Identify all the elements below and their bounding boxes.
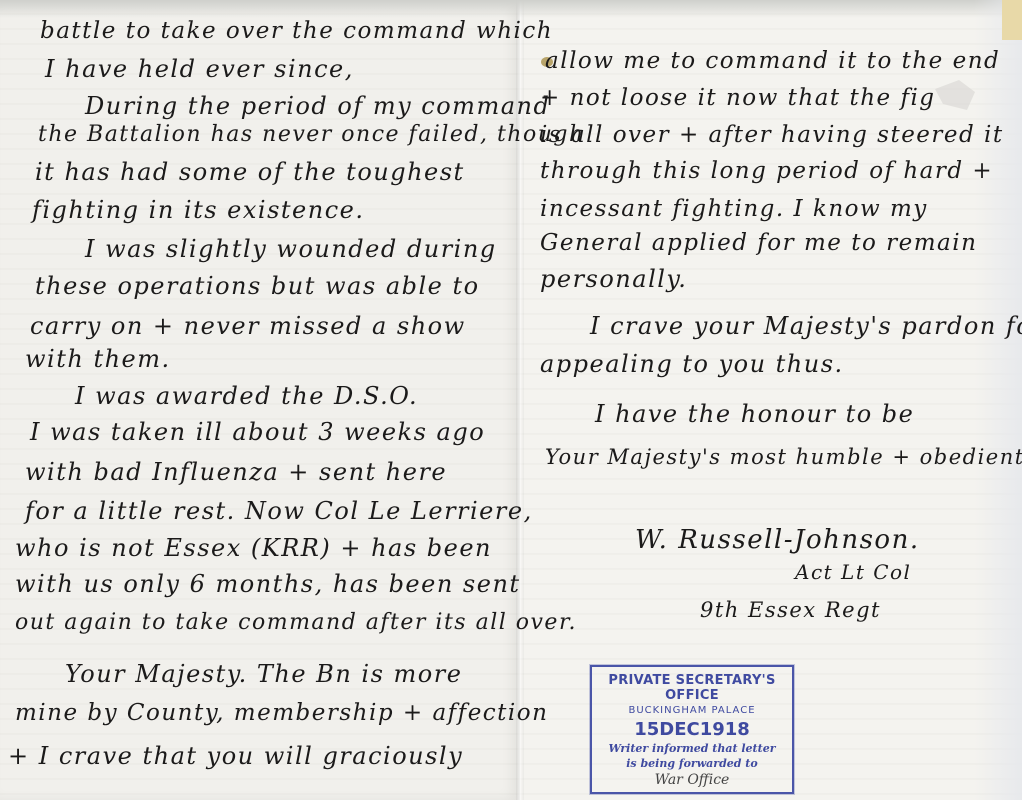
- left-line-12: I was taken ill about 3 weeks ago: [30, 418, 485, 446]
- page-fold: [516, 0, 524, 800]
- right-line-11: Your Majesty's most humble + obedient se…: [545, 445, 1022, 469]
- plastic-sleeve-edge: [974, 0, 1022, 800]
- stamp-note-2: is being forwarded to: [592, 757, 792, 770]
- left-line-9: carry on + never missed a show: [30, 312, 466, 340]
- left-line-17: out again to take command after its all …: [15, 610, 577, 635]
- left-line-15: who is not Essex (KRR) + has been: [15, 534, 492, 562]
- left-line-20: + I crave that you will graciously: [8, 742, 463, 770]
- left-line-13: with bad Influenza + sent here: [25, 458, 447, 486]
- signature-name: W. Russell-Johnson.: [635, 525, 920, 555]
- right-line-10: I have the honour to be: [595, 400, 914, 428]
- right-line-9: appealing to you thus.: [540, 350, 844, 378]
- right-line-3: is all over + after having steered it: [540, 122, 1004, 148]
- left-line-14: for a little rest. Now Col Le Lerriere,: [25, 497, 533, 525]
- received-stamp: PRIVATE SECRETARY'S OFFICE BUCKINGHAM PA…: [590, 665, 794, 794]
- signature-rank: Act Lt Col: [795, 560, 911, 584]
- right-line-7: personally.: [540, 265, 687, 293]
- right-line-4: through this long period of hard +: [540, 158, 993, 184]
- top-shadow: [0, 0, 1022, 18]
- right-line-1: allow me to command it to the end: [545, 48, 1000, 74]
- right-line-8: I crave your Majesty's pardon for: [590, 312, 1022, 340]
- left-line-5: it has had some of the toughest: [35, 158, 465, 186]
- left-line-4: the Battalion has never once failed, tho…: [38, 122, 585, 147]
- corner-tab: [1002, 0, 1022, 40]
- stamp-date: 15DEC1918: [592, 719, 792, 740]
- left-line-3: During the period of my command: [85, 92, 550, 120]
- left-line-11: I was awarded the D.S.O.: [75, 382, 418, 410]
- stamp-note-1: Writer informed that letter: [592, 742, 792, 755]
- right-line-6: General applied for me to remain: [540, 230, 977, 256]
- right-line-2: + not loose it now that the fig: [540, 85, 936, 111]
- left-line-2: I have held ever since,: [45, 55, 354, 83]
- stamp-office: PRIVATE SECRETARY'S OFFICE: [592, 673, 792, 703]
- left-line-7: I was slightly wounded during: [85, 235, 497, 263]
- left-line-16: with us only 6 months, has been sent: [15, 570, 521, 598]
- signature-regiment: 9th Essex Regt: [700, 598, 881, 622]
- left-line-6: fighting in its existence.: [32, 196, 364, 224]
- left-line-1: battle to take over the command which: [40, 18, 553, 44]
- stamp-palace: BUCKINGHAM PALACE: [592, 705, 792, 716]
- left-line-18: Your Majesty. The Bn is more: [65, 660, 462, 688]
- left-line-10: with them.: [25, 345, 171, 373]
- right-line-5: incessant fighting. I know my: [540, 196, 928, 222]
- left-line-8: these operations but was able to: [35, 272, 480, 300]
- stamp-handwritten: War Office: [592, 772, 792, 788]
- left-line-19: mine by County, membership + affection: [15, 700, 548, 726]
